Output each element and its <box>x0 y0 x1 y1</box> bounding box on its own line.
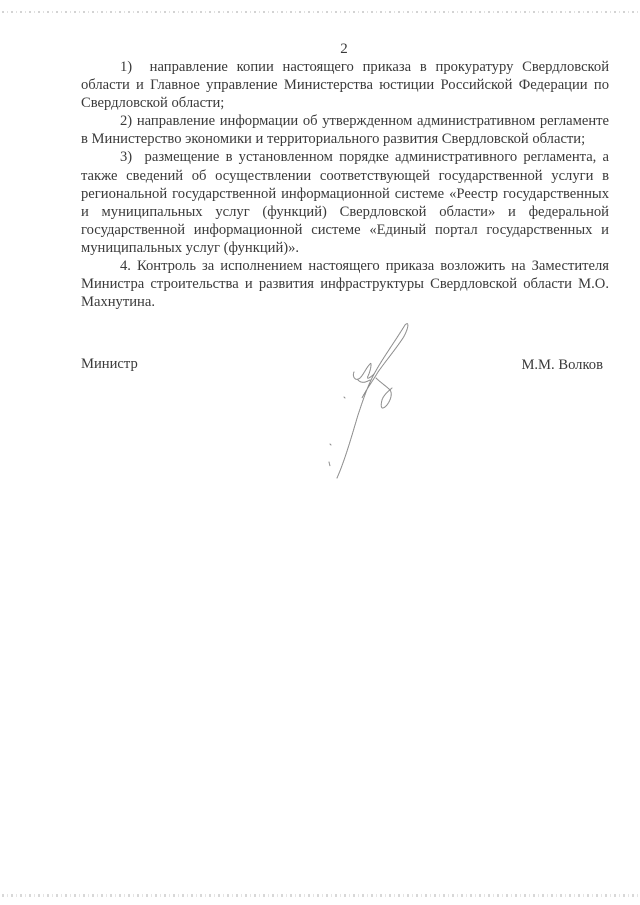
signatory-title: Министр <box>81 355 138 373</box>
scan-artifact-top <box>2 11 638 13</box>
scan-artifact-bottom <box>2 894 638 897</box>
document-body: 1) направление копии настоящего приказа … <box>81 58 609 311</box>
paragraph-item-3: 3) размещение в установленном порядке ад… <box>81 148 609 257</box>
paragraph-item-1: 1) направление копии настоящего приказа … <box>81 58 609 112</box>
handwritten-signature-icon <box>300 320 420 500</box>
signatory-name: М.М. Волков <box>521 356 603 374</box>
page-number: 2 <box>0 40 640 58</box>
paragraph-item-4: 4. Контроль за исполнением настоящего пр… <box>81 257 609 311</box>
paragraph-item-2: 2) направление информации об утвержденно… <box>81 112 609 148</box>
document-page: 2 1) направление копии настоящего приказ… <box>0 0 640 905</box>
